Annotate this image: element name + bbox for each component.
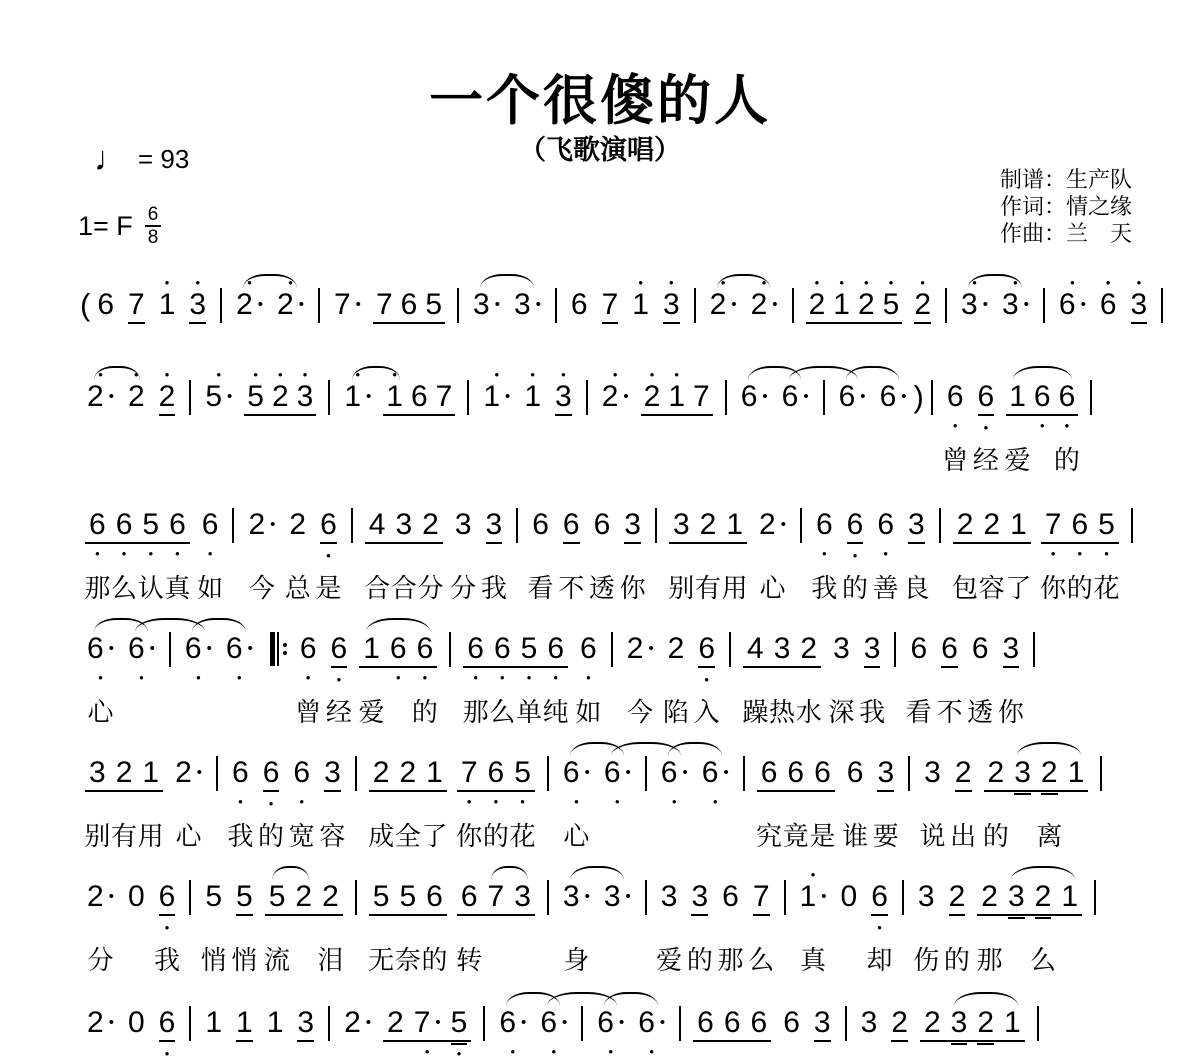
note-digit: 6 — [300, 632, 317, 666]
lyric-syllable: 那 — [84, 568, 110, 605]
octave-dot-below: • — [116, 548, 133, 560]
slur-tie-arc — [352, 366, 400, 380]
note: 6 — [938, 616, 961, 686]
octave-dot-above — [910, 616, 927, 632]
note-digit: 6• — [782, 380, 809, 414]
beam-underline — [85, 542, 190, 544]
repeat-thin-bar — [277, 632, 279, 666]
barline — [800, 508, 802, 543]
octave-dot-above — [691, 864, 708, 880]
note-digit: 7• — [414, 1006, 441, 1040]
augmentation-dot: • — [505, 380, 510, 414]
note-digit: 6 — [571, 288, 588, 322]
octave-dot-below — [1002, 328, 1029, 340]
octave-dot-below — [814, 1048, 831, 1060]
note-digit: 3 — [661, 880, 678, 914]
octave-dot-below — [295, 920, 312, 932]
note-digit: 6 — [426, 880, 443, 914]
note-digit: 2 — [924, 1006, 941, 1040]
lyric-syllable: 你 — [620, 568, 646, 605]
note: 7• — [332, 272, 363, 340]
lyric-syllable: 的 — [842, 568, 868, 605]
octave-dot-below — [1008, 922, 1025, 934]
lyric-syllable: 我 — [481, 568, 507, 605]
octave-dot-above — [128, 864, 145, 880]
octave-dot-above — [759, 492, 786, 508]
note-digit: 6 — [1034, 380, 1051, 414]
barline — [931, 380, 933, 415]
song-title: 一个很傻的人 — [0, 58, 1200, 135]
barline — [611, 632, 613, 667]
barline — [232, 508, 234, 543]
octave-dot-below — [205, 920, 222, 932]
octave-dot-above — [891, 990, 908, 1006]
note-digit: 3 — [455, 508, 472, 542]
note: 7 — [750, 864, 773, 934]
note-digit: 2 — [914, 288, 931, 322]
octave-dot-below — [602, 420, 629, 432]
note-digit: 6 — [594, 508, 611, 542]
octave-dot-above — [399, 864, 416, 880]
barline — [1037, 1006, 1039, 1041]
octave-dot-above — [918, 864, 935, 880]
lyric-syllable: 有 — [111, 816, 137, 853]
barline — [939, 508, 941, 543]
barline — [216, 756, 218, 791]
note-digit: 1• — [483, 380, 510, 414]
barline — [1094, 880, 1096, 915]
note-digit: 6 — [159, 880, 176, 914]
note-digit: 6 — [263, 756, 280, 790]
octave-dot-below: • — [417, 672, 434, 684]
octave-dot-above — [627, 616, 654, 632]
note: 6• — [229, 740, 252, 808]
beam-underline — [373, 322, 445, 324]
note-digit: 6• — [563, 756, 590, 790]
note-digit: 3 — [918, 880, 935, 914]
note: 1 — [1005, 492, 1032, 560]
lyric-syllable: 流 — [264, 940, 290, 977]
beamed-note-group: 666 — [756, 740, 836, 808]
note: 5• — [509, 740, 536, 808]
lyric-syllable: 的 — [983, 816, 1009, 853]
octave-dot-below — [761, 796, 778, 808]
octave-dot-above — [955, 740, 972, 756]
note-digit: 7 — [753, 880, 770, 914]
note-digit: 5 — [247, 380, 264, 414]
octave-dot-below — [289, 548, 306, 560]
note-digit: 6 — [467, 632, 484, 666]
note-digit: 2 — [1035, 880, 1052, 914]
note-digit: 5 — [1098, 508, 1115, 542]
octave-dot-below — [663, 330, 680, 342]
note: 2 — [978, 492, 1005, 560]
octave-dot-above — [87, 864, 114, 880]
octave-dot-below — [399, 796, 416, 808]
lyric-syllable: 别 — [668, 568, 694, 605]
note: 6• — [976, 364, 997, 434]
note-digit: 3 — [189, 288, 206, 322]
octave-dot-above — [369, 492, 386, 508]
lyric-syllable: 的 — [687, 940, 713, 977]
note: 3 — [905, 492, 928, 562]
lyric-syllable: 我 — [227, 816, 253, 853]
augmentation-dot: • — [197, 756, 202, 790]
octave-dot-below — [236, 922, 253, 934]
note-digit: 1 — [1010, 508, 1027, 542]
note-digit: 5 — [205, 880, 222, 914]
lyric-syllable: 竟 — [783, 816, 809, 853]
beamed-note-group: 432 — [364, 492, 444, 560]
repeat-dot — [283, 643, 287, 647]
note: 5 — [421, 272, 446, 340]
note-digit: 3 — [951, 1006, 968, 1040]
beamed-note-group: 6•6•5•6• — [84, 492, 191, 560]
octave-dot-above — [1098, 492, 1115, 508]
octave-dot-below — [787, 796, 804, 808]
note-digit: 3 — [297, 1006, 314, 1040]
augmentation-dot: • — [258, 288, 263, 322]
note: 4 — [364, 492, 391, 560]
octave-dot-above — [580, 616, 597, 632]
lyric-syllable: 热 — [769, 692, 795, 729]
note: •3 — [1129, 272, 1150, 342]
octave-dot-above — [461, 864, 478, 880]
lyric-syllable: 水 — [796, 692, 822, 729]
octave-dot-below — [436, 420, 453, 432]
augmentation-dot: • — [626, 880, 631, 914]
note: 2 — [665, 616, 688, 684]
note: 7 — [126, 272, 147, 342]
octave-dot-above — [293, 740, 310, 756]
note: 6• — [199, 492, 222, 560]
note: 2 — [976, 864, 1003, 934]
lyric-syllable: 那 — [718, 940, 744, 977]
lyric-syllable: 离 — [1036, 816, 1062, 853]
augmentation-dot: • — [562, 1006, 567, 1040]
note: 6 — [756, 740, 783, 808]
octave-dot-below — [918, 920, 935, 932]
lyric-syllable: 如 — [575, 692, 601, 729]
barline — [908, 756, 910, 791]
augmentation-dot: • — [682, 756, 687, 790]
octave-dot-above: • — [858, 272, 875, 288]
note: 6• — [84, 492, 111, 560]
note-digit: 5 — [514, 756, 531, 790]
note-digit: 1 — [205, 1006, 222, 1040]
note-digit: 7• — [334, 288, 361, 322]
note-digit: 6 — [390, 632, 407, 666]
note: 6 — [591, 492, 614, 560]
beam-underline — [693, 1040, 771, 1042]
note-digit: 3• — [473, 288, 500, 322]
note-digit: 6• — [87, 632, 114, 666]
augmentation-dot: • — [860, 380, 865, 414]
notation-system-5: 3212•6•6•6•32217•6•5•6••6••6••6••6666332… — [80, 740, 1109, 810]
barline — [189, 1006, 191, 1041]
note-digit: 2• — [759, 508, 786, 542]
octave-dot-below — [710, 328, 737, 340]
note-digit: 6 — [494, 632, 511, 666]
octave-dot-above — [751, 990, 768, 1006]
note: 2 — [286, 492, 309, 560]
octave-dot-below: • — [1034, 420, 1051, 432]
octave-dot-above — [436, 364, 453, 380]
octave-dot-above — [724, 990, 741, 1006]
note: 6 — [95, 272, 116, 340]
octave-dot-below — [175, 796, 202, 808]
octave-dot-above — [949, 864, 966, 880]
beamed-note-group: •2•1•2•5 — [805, 272, 904, 340]
note-digit: 6 — [847, 508, 864, 542]
octave-dot-below — [373, 920, 390, 932]
octave-dot-below: • — [871, 922, 888, 934]
note-digit: 6 — [89, 508, 106, 542]
note: 6 — [421, 864, 448, 932]
note-digit: 7 — [376, 288, 393, 322]
note-digit: 7 — [436, 380, 453, 414]
note: 6• — [844, 492, 867, 562]
lyric-syllable: 花 — [510, 816, 536, 853]
octave-dot-below — [395, 548, 412, 560]
lyric-syllable: 么 — [111, 568, 137, 605]
octave-dot-below — [159, 328, 176, 340]
lyric-syllable: 陷 — [663, 692, 689, 729]
note: 6• — [868, 864, 891, 934]
note-digit: 6 — [116, 508, 133, 542]
octave-dot-below: • — [467, 672, 484, 684]
lyric-syllable: 说 — [919, 816, 945, 853]
octave-dot-above: • — [632, 272, 649, 288]
note-digit: 7 — [488, 880, 505, 914]
note-digit: 5 — [373, 880, 390, 914]
lyric-syllable: 如 — [197, 568, 223, 605]
octave-dot-above — [981, 864, 998, 880]
octave-dot-above — [924, 990, 941, 1006]
note-digit: 3 — [89, 756, 106, 790]
note-digit: 2 — [373, 756, 390, 790]
barline — [902, 880, 904, 915]
note-digit: 2• — [344, 1006, 371, 1040]
octave-dot-below — [189, 330, 206, 342]
augmentation-dot: • — [109, 1006, 114, 1040]
octave-dot-below: • — [331, 674, 348, 686]
barline — [694, 288, 696, 323]
augmentation-dot: • — [585, 756, 590, 790]
lyric-syllable: 却 — [867, 940, 893, 977]
barline — [483, 1006, 485, 1041]
lyric-syllable: 心 — [87, 692, 113, 729]
octave-dot-above — [978, 364, 995, 380]
octave-dot-below — [891, 1048, 908, 1060]
octave-dot-below — [399, 920, 416, 932]
octave-dot-below — [1004, 1046, 1021, 1058]
octave-dot-below — [847, 796, 864, 808]
octave-dot-below: • — [488, 796, 505, 808]
augmentation-dot: • — [803, 380, 808, 414]
octave-dot-below — [722, 920, 739, 932]
octave-dot-below — [386, 420, 403, 432]
octave-dot-above — [1010, 492, 1027, 508]
octave-dot-below — [783, 1046, 800, 1058]
octave-dot-above: • — [1131, 272, 1148, 288]
note-digit: 6 — [816, 508, 833, 542]
note: 6• — [813, 492, 836, 560]
note-digit: 2 — [957, 508, 974, 542]
octave-dot-below — [972, 672, 989, 684]
octave-dot-above — [411, 364, 428, 380]
beamed-note-group: 432 — [742, 616, 822, 684]
note-digit: 2• — [236, 288, 263, 322]
octave-dot-below — [571, 328, 588, 340]
octave-dot-above — [467, 616, 484, 632]
barline — [1043, 288, 1045, 323]
note-digit: 2 — [700, 508, 717, 542]
octave-dot-below — [693, 420, 710, 432]
octave-dot-above — [89, 492, 106, 508]
octave-dot-above — [988, 740, 1005, 756]
augmentation-dot: • — [536, 288, 541, 322]
note-digit: 3• — [514, 288, 541, 322]
note: 7 — [689, 364, 714, 432]
octave-dot-above — [908, 492, 925, 508]
barline — [1090, 380, 1092, 415]
note: 6 — [692, 990, 719, 1058]
note: 5 — [394, 864, 421, 932]
note-digit: 6• — [839, 380, 866, 414]
octave-dot-above — [941, 616, 958, 632]
lyric-syllable: 了 — [421, 816, 447, 853]
octave-dot-below — [387, 1046, 404, 1058]
beam-underline — [953, 542, 1031, 544]
augmentation-dot: • — [366, 380, 371, 414]
beamed-note-group: 7•6•5• — [1040, 492, 1120, 560]
note-digit: 4 — [369, 508, 386, 542]
augmentation-dot: • — [109, 380, 114, 414]
octave-dot-below — [514, 920, 531, 932]
notation-system-7: 2•06•11132•27••5•6••6••6••6••66663322321 — [80, 990, 1046, 1060]
note-digit: 2 — [977, 1006, 994, 1040]
note: 6 — [809, 740, 836, 808]
barline — [351, 508, 353, 543]
barline — [586, 380, 588, 415]
note-digit: 2• — [751, 288, 778, 322]
augmentation-dot: • — [207, 632, 212, 666]
note: 1 — [137, 740, 164, 808]
lyric-syllable: 谁 — [842, 816, 868, 853]
note: 2• — [84, 990, 117, 1058]
lyric-syllable: 容 — [979, 568, 1005, 605]
lyric-syllable: 的 — [483, 816, 509, 853]
note-digit: 2 — [422, 508, 439, 542]
note: 1 — [233, 990, 256, 1060]
credit-arranger: 制谱：生产队 — [1000, 166, 1132, 193]
note-digit: 2• — [87, 380, 114, 414]
octave-dot-below — [864, 674, 881, 686]
note-digit: 2 — [399, 756, 416, 790]
octave-dot-above — [814, 990, 831, 1006]
note: 6• — [577, 616, 600, 684]
note: 6 — [969, 616, 992, 684]
augmentation-dot: • — [270, 508, 275, 542]
note-digit: 6 — [761, 756, 778, 790]
octave-dot-above: • — [247, 364, 264, 380]
lyric-syllable: 悄 — [201, 940, 227, 977]
octave-dot-above — [455, 492, 472, 508]
beamed-note-group: 7•6•5• — [456, 740, 536, 808]
note: 2 — [394, 740, 421, 808]
octave-dot-below — [563, 550, 580, 562]
beam-underline — [641, 414, 713, 416]
octave-dot-below — [322, 920, 339, 932]
beam-underline — [463, 666, 568, 668]
octave-dot-below — [914, 330, 931, 342]
lyric-syllable: 不 — [936, 692, 962, 729]
note: 6 — [746, 990, 773, 1058]
lyric-syllable: 善 — [873, 568, 899, 605]
note-digit: 0 — [128, 880, 145, 914]
octave-dot-above: • — [524, 364, 541, 380]
lyric-syllable: 合 — [364, 568, 390, 605]
note: 2• — [245, 492, 278, 560]
beam-underline — [369, 790, 447, 792]
note-digit: 6• — [499, 1006, 526, 1040]
note-digit: 4 — [747, 632, 764, 666]
note: 2 — [111, 740, 138, 808]
augmentation-dot: • — [901, 380, 906, 414]
lyric-syllable: 心 — [563, 816, 589, 853]
note: 6 — [569, 272, 590, 340]
octave-dot-above — [169, 492, 186, 508]
note: 2• — [624, 616, 657, 684]
octave-dot-above — [697, 990, 714, 1006]
note-digit: 1 — [1004, 1006, 1021, 1040]
note: 6• — [695, 616, 718, 686]
note: 3 — [668, 492, 695, 560]
octave-dot-below — [961, 328, 988, 340]
beamed-note-group: 27••5• — [382, 990, 472, 1060]
note: 2 — [919, 990, 946, 1060]
beam-underline — [365, 542, 443, 544]
augmentation-dot: • — [772, 288, 777, 322]
note-digit: 6 — [751, 1006, 768, 1040]
note: 3 — [483, 492, 506, 562]
beam-underline — [383, 1040, 471, 1042]
note-digit: 6 — [169, 508, 186, 542]
note-digit: 3 — [1014, 756, 1031, 790]
note-digit: 7 — [693, 380, 710, 414]
barline — [823, 380, 825, 415]
augmentation-dot: • — [109, 632, 114, 666]
octave-dot-above — [334, 272, 361, 288]
octave-dot-below — [87, 1046, 114, 1058]
octave-dot-below — [247, 420, 264, 432]
lyric-syllable: 包 — [952, 568, 978, 605]
note: 2 — [695, 492, 722, 560]
lyric-syllable: 是 — [315, 568, 341, 605]
beamed-note-group: 556 — [368, 864, 448, 932]
note-digit: 6• — [880, 380, 907, 414]
note-digit: 3 — [624, 508, 641, 542]
note-digit: 2 — [116, 756, 133, 790]
note-digit: 5 — [399, 880, 416, 914]
octave-dot-below: • — [514, 796, 531, 808]
note-digit: 3 — [877, 756, 894, 790]
augmentation-dot: • — [1024, 288, 1029, 322]
octave-dot-below — [236, 328, 263, 340]
octave-dot-above — [376, 272, 393, 288]
note: 7 — [432, 364, 457, 432]
